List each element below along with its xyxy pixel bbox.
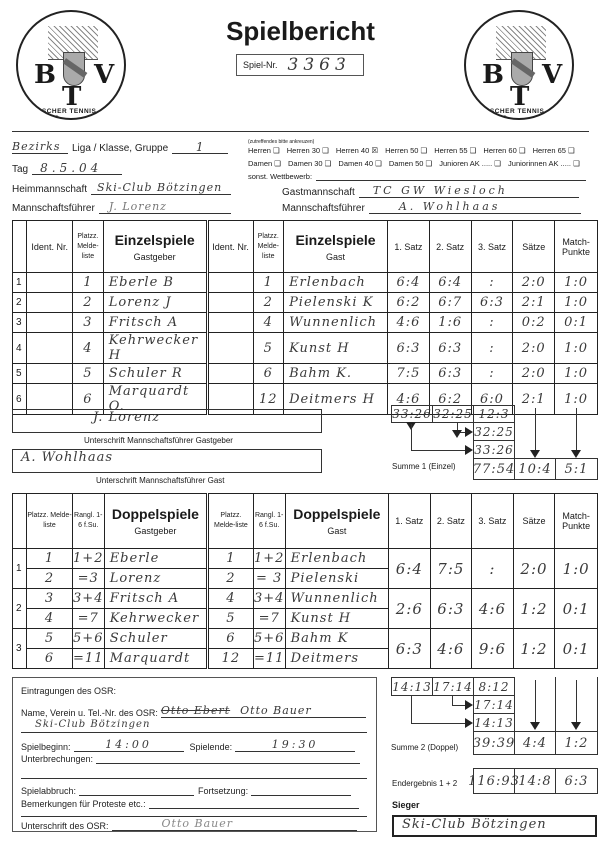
osr-time-row: Spielbeginn: 14:00 Spielende: 19:30: [21, 738, 355, 752]
endergebnis-games[interactable]: 116:93: [473, 768, 515, 794]
arrow-right-icon: [465, 700, 473, 710]
category-checkbox[interactable]: Damen 30 ❑: [288, 159, 331, 168]
fortsetzung-label: Fortsetzung:: [198, 786, 248, 796]
satz3-header: 3. Satz: [471, 221, 513, 273]
guest-player-field[interactable]: Wunnenlich: [284, 313, 388, 333]
home-rang-field[interactable]: 5+6: [72, 629, 104, 649]
spielabbruch-field[interactable]: [79, 786, 194, 796]
osr-name-label: Name, Verein u. Tel.-Nr. des OSR:: [21, 708, 158, 718]
einzel-sum-satz3[interactable]: 12:3: [473, 405, 515, 423]
arrow-down-icon: [576, 408, 577, 452]
osr-abbruch-row: Spielabbruch: Fortsetzung:: [21, 786, 351, 796]
nr-header: [13, 221, 27, 273]
wettbewerb-row: sonst. Wettbewerb:: [248, 171, 586, 181]
divider: [597, 677, 598, 732]
wettbewerb-label: sonst. Wettbewerb:: [248, 172, 312, 181]
matchpunkte-field[interactable]: 0:1: [555, 313, 598, 333]
einzel-row: 33Fritsch A4Wunnenlich4:61:6:0:20:1: [13, 313, 598, 333]
guest-platz-field[interactable]: 4: [208, 589, 254, 609]
category-checkbox[interactable]: Herren ❑: [248, 146, 280, 155]
home-player-field[interactable]: Fritsch A: [104, 589, 207, 609]
saetze-field[interactable]: 2:0: [513, 364, 555, 384]
home-player-field[interactable]: Eberle: [104, 549, 207, 569]
s3-field[interactable]: 9:6: [472, 629, 514, 669]
home-rang-field[interactable]: =11: [72, 649, 104, 669]
saetze-field[interactable]: 0:2: [513, 313, 555, 333]
spiel-nr-value: 3363: [288, 55, 351, 75]
mp-field[interactable]: 1:0: [555, 549, 598, 589]
einzel-row: 22Lorenz J2Pielenski K6:26:76:32:11:0: [13, 293, 598, 313]
satz3-field[interactable]: :: [471, 333, 513, 364]
tag-row: Tag 8.5.04: [12, 161, 122, 175]
guest-player-field[interactable]: Kunst H: [284, 333, 388, 364]
sieger-field[interactable]: Ski-Club Bötzingen: [392, 815, 597, 837]
doppel-sum-satz3[interactable]: 8:12: [473, 677, 515, 696]
category-checkbox[interactable]: Damen 50 ❑: [389, 159, 432, 168]
osr-signature-label: Unterschrift des OSR:: [21, 821, 109, 831]
unterbrechungen-label: Unterbrechungen:: [21, 754, 93, 764]
platz-header-guest: Platzz. Melde-liste: [208, 494, 254, 549]
arrow-down-icon: [535, 408, 536, 452]
osr-name-struck: Otto Ebert: [161, 704, 230, 717]
home-player-field[interactable]: Kehrwecker: [104, 609, 207, 629]
wettbewerb-field[interactable]: [316, 171, 586, 181]
guest-platz-field[interactable]: 5: [253, 333, 284, 364]
guest-subtitle: Gast: [286, 526, 388, 536]
divider: [12, 131, 589, 132]
einzel-row: 11Eberle B1Erlenbach6:46:4:2:01:0: [13, 273, 598, 293]
home-rang-field[interactable]: 3+4: [72, 589, 104, 609]
osr-name-row: Name, Verein u. Tel.-Nr. des OSR: Otto E…: [21, 704, 366, 718]
s2-field[interactable]: 4:6: [430, 629, 472, 669]
ident-header-guest: Ident. Nr.: [207, 221, 253, 273]
guest-player-field[interactable]: Pielenski: [285, 569, 388, 589]
guest-player-field[interactable]: Wunnenlich: [285, 589, 388, 609]
heim-label: Heimmannschaft: [12, 184, 87, 195]
home-platz-field[interactable]: 3: [27, 589, 73, 609]
einzel-table: Ident. Nr. Platzz. Melde-liste Einzelspi…: [12, 220, 598, 415]
osr-title: Eintragungen des OSR:: [21, 686, 116, 696]
arrow-right-icon: [465, 445, 473, 455]
saetze-header: Sätze: [513, 221, 555, 273]
nr-header: [13, 494, 27, 549]
carry-arrow-line: [411, 723, 465, 724]
category-checkbox[interactable]: Herren 50 ❑: [385, 146, 427, 155]
ident-field[interactable]: [27, 293, 73, 313]
row-number: 5: [13, 364, 27, 384]
home-platz-field[interactable]: 3: [73, 313, 104, 333]
s1-field[interactable]: 6:4: [389, 549, 431, 589]
arrow-right-icon: [465, 718, 473, 728]
guest-platz-field[interactable]: 12: [208, 649, 254, 669]
satz3-field[interactable]: :: [471, 364, 513, 384]
doppel-carry-satz2[interactable]: 17:14: [473, 695, 515, 714]
einzel-title: Einzelspiele: [104, 232, 206, 248]
spielbeginn-field[interactable]: 14:00: [74, 738, 184, 752]
rang-header-guest: Rangl. 1-6 f.Su.: [253, 494, 285, 549]
logo-letter-b: B: [34, 60, 56, 90]
satz1-header: 1. Satz: [389, 494, 431, 549]
platz-header: Platzz. Melde-liste: [73, 221, 104, 273]
doppel-home-header: DoppelspieleGastgeber: [104, 494, 207, 549]
carry-arrow-line: [411, 450, 465, 451]
satz3-field[interactable]: :: [471, 273, 513, 293]
ident-field[interactable]: [27, 273, 73, 293]
home-player-field[interactable]: Lorenz J: [103, 293, 207, 313]
home-subtitle: Gastgeber: [104, 252, 206, 262]
doppel-sum-label: Summe 2 (Doppel): [391, 743, 458, 752]
satz1-field[interactable]: 6:3: [388, 333, 430, 364]
home-rang-field[interactable]: 1+2: [72, 549, 104, 569]
guest-player-field[interactable]: Erlenbach: [285, 549, 388, 569]
platz-header-guest: Platzz. Melde-liste: [253, 221, 284, 273]
shield-icon: [63, 52, 85, 86]
guest-rang-field[interactable]: 1+2: [253, 549, 285, 569]
signature-home-field[interactable]: J. Lorenz: [12, 409, 322, 433]
arrow-down-icon: [576, 680, 577, 724]
satz1-field[interactable]: 4:6: [388, 313, 430, 333]
einzel-sum-games[interactable]: 77:54: [473, 458, 515, 480]
mf-gast-field[interactable]: A. Wohlhaas: [369, 200, 581, 214]
home-player-field[interactable]: Eberle B: [103, 273, 207, 293]
row-number: 1: [13, 273, 27, 293]
page-title: Spielbericht: [0, 16, 601, 47]
einzel-sum-satz2[interactable]: 32:25: [432, 405, 474, 423]
gast-field[interactable]: TC GW Wiesloch: [359, 184, 579, 198]
gast-label: Gastmannschaft: [282, 187, 355, 198]
s2-field[interactable]: 7:5: [430, 549, 472, 589]
satz3-field[interactable]: :: [471, 313, 513, 333]
doppel-row: 355+6Schuler65+6Bahm K6:34:69:61:20:1: [13, 629, 598, 649]
mf-heim-row: Mannschaftsführer J. Lorenz: [12, 200, 231, 214]
guest-platz-field[interactable]: 5: [208, 609, 254, 629]
unterbrechungen-field-2[interactable]: [21, 769, 367, 779]
category-checkbox[interactable]: Junioren AK ..... ❑: [439, 159, 501, 168]
s3-field[interactable]: 4:6: [472, 589, 514, 629]
osr-bemerkungen-row: Bemerkungen für Proteste etc.:: [21, 799, 359, 809]
guest-rang-field[interactable]: 5+6: [253, 629, 285, 649]
guest-platz-field[interactable]: 1: [208, 549, 254, 569]
heim-row: Heimmannschaft Ski-Club Bötzingen: [12, 181, 231, 195]
rang-header: Rangl. 1-6 f.Su.: [72, 494, 104, 549]
home-player-field[interactable]: Marquardt: [104, 649, 207, 669]
row-number: 3: [13, 313, 27, 333]
einzel-sum-matchpunkte[interactable]: 5:1: [555, 458, 598, 480]
home-platz-field[interactable]: 1: [73, 273, 104, 293]
mf-heim-field[interactable]: J. Lorenz: [99, 200, 231, 214]
saetze-field[interactable]: 2:1: [513, 293, 555, 313]
osr-name-value: Otto Bauer: [240, 704, 311, 717]
guest-player-field[interactable]: Pielenski K: [284, 293, 388, 313]
saetze-field[interactable]: 2:1: [513, 384, 555, 415]
category-checkbox[interactable]: Herren 55 ❑: [434, 146, 476, 155]
unterbrechungen-field[interactable]: [96, 754, 360, 764]
ident-field[interactable]: [27, 364, 73, 384]
einzel-sum-saetze[interactable]: 10:4: [514, 458, 556, 480]
mf-gast-row: Mannschaftsführer A. Wohlhaas: [282, 200, 581, 214]
guest-platz-field[interactable]: 6: [208, 629, 254, 649]
arrow-right-icon: [465, 427, 473, 437]
guest-rang-field[interactable]: =7: [253, 609, 285, 629]
category-checkbox[interactable]: Herren 60 ❑: [483, 146, 525, 155]
doppel-sum-saetze[interactable]: 4:4: [514, 731, 556, 755]
platz-header: Platzz. Melde-liste: [27, 494, 73, 549]
sieger-label: Sieger: [392, 800, 420, 810]
gast-row: Gastmannschaft TC GW Wiesloch: [282, 184, 579, 198]
fortsetzung-field[interactable]: [251, 786, 351, 796]
guest-rang-field[interactable]: 3+4: [253, 589, 285, 609]
osr-signature-field[interactable]: Otto Bauer: [112, 817, 357, 831]
endergebnis-label: Endergebnis 1 + 2: [392, 779, 457, 788]
mf-heim-label: Mannschaftsführer: [12, 203, 95, 214]
carry-arrow-line: [411, 696, 412, 723]
endergebnis-saetze[interactable]: 14:8: [514, 768, 556, 794]
einzel-guest-header: EinzelspieleGast: [284, 221, 388, 273]
satz1-header: 1. Satz: [388, 221, 430, 273]
home-platz-field[interactable]: 4: [73, 333, 104, 364]
bemerkungen-field-2[interactable]: [21, 809, 367, 817]
endergebnis-matchpunkte[interactable]: 6:3: [555, 768, 598, 794]
satz2-header: 2. Satz: [429, 221, 471, 273]
home-player-field[interactable]: Schuler R: [103, 364, 207, 384]
ident-field-guest[interactable]: [207, 313, 253, 333]
matchpunkte-field[interactable]: 1:0: [555, 293, 598, 313]
logo-ring-text: BADISCHER TENNIS VERBAND: [24, 108, 124, 120]
satz2-field[interactable]: 6:4: [429, 273, 471, 293]
home-platz-field[interactable]: 5: [27, 629, 73, 649]
einzel-home-header: EinzelspieleGastgeber: [103, 221, 207, 273]
einzel-row: 44Kehrwecker H5Kunst H6:36:3:2:01:0: [13, 333, 598, 364]
carry-arrow-line: [452, 696, 453, 705]
home-player-field[interactable]: Schuler: [104, 629, 207, 649]
ident-field-guest[interactable]: [207, 333, 253, 364]
categories-row1: Herren ❑Herren 30 ❑Herren 40 ☒Herren 50 …: [248, 146, 575, 155]
heim-field[interactable]: Ski-Club Bötzingen: [91, 181, 231, 195]
ident-field-guest[interactable]: [207, 293, 253, 313]
home-platz-field[interactable]: 1: [27, 549, 73, 569]
matchpunkte-header: Match-Punkte: [555, 494, 598, 549]
guest-player-field[interactable]: Erlenbach: [284, 273, 388, 293]
ident-header: Ident. Nr.: [27, 221, 73, 273]
carry-arrow-line: [452, 705, 465, 706]
doppel-sum-matchpunkte[interactable]: 1:2: [555, 731, 598, 755]
guest-subtitle: Gast: [284, 252, 387, 262]
guest-platz-field[interactable]: 2: [208, 569, 254, 589]
matchpunkte-field[interactable]: 1:0: [555, 273, 598, 293]
liga-field[interactable]: Bezirks: [12, 140, 68, 154]
guest-platz-field[interactable]: 4: [253, 313, 284, 333]
home-platz-field[interactable]: 2: [73, 293, 104, 313]
signature-home-label: Unterschrift Mannschaftsführer Gastgeber: [84, 436, 233, 445]
doppel-sum-satz2[interactable]: 17:14: [432, 677, 474, 696]
logo-letter-v: V: [542, 60, 562, 90]
osr-signature-row: Unterschrift des OSR: Otto Bauer: [21, 817, 357, 831]
guest-player-field[interactable]: Deitmers: [285, 649, 388, 669]
einzel-sum-label: Summe 1 (Einzel): [392, 462, 456, 471]
category-checkbox[interactable]: Damen 40 ❑: [338, 159, 381, 168]
arrow-down-icon: [535, 680, 536, 724]
mp-field[interactable]: 0:1: [555, 629, 598, 669]
guest-player-field[interactable]: Kunst H: [285, 609, 388, 629]
matchpunkte-header: Match-Punkte: [555, 221, 598, 273]
home-rang-field[interactable]: =7: [72, 609, 104, 629]
saetze-field[interactable]: 2:0: [513, 549, 555, 589]
bemerkungen-label: Bemerkungen für Proteste etc.:: [21, 799, 146, 809]
s3-field[interactable]: :: [472, 549, 514, 589]
saetze-header: Sätze: [513, 494, 555, 549]
spiel-nr-box[interactable]: Spiel-Nr. 3363: [236, 54, 364, 76]
home-rang-field[interactable]: =3: [72, 569, 104, 589]
satz1-field[interactable]: 6:4: [388, 273, 430, 293]
signature-guest-field[interactable]: A. Wohlhaas: [12, 449, 322, 473]
liga-row: Bezirks Liga / Klasse, Gruppe 1: [12, 140, 228, 154]
saetze-field[interactable]: 2:0: [513, 273, 555, 293]
guest-player-field[interactable]: Bahm K: [285, 629, 388, 649]
ident-field[interactable]: [27, 313, 73, 333]
shield-icon: [511, 52, 533, 86]
category-checkbox[interactable]: Juniorinnen AK ..... ❑: [508, 159, 580, 168]
row-number: 3: [13, 629, 27, 669]
osr-name-field[interactable]: Otto Ebert Otto Bauer: [161, 704, 366, 718]
s2-field[interactable]: 6:3: [430, 589, 472, 629]
satz1-field[interactable]: 7:5: [388, 364, 430, 384]
satz1-field[interactable]: 6:2: [388, 293, 430, 313]
hint-text: (zutreffendes bitte ankreuzen): [248, 139, 314, 145]
spielbeginn-label: Spielbeginn:: [21, 742, 71, 752]
home-subtitle: Gastgeber: [105, 526, 206, 536]
mf-gast-label: Mannschaftsführer: [282, 203, 365, 214]
guest-rang-field[interactable]: = 3: [253, 569, 285, 589]
category-checkbox[interactable]: Herren 65 ❑: [533, 146, 575, 155]
tag-field[interactable]: 8.5.04: [32, 161, 122, 175]
doppel-sum-games[interactable]: 39:39: [473, 731, 515, 755]
einzel-carry-satz1[interactable]: 33:26: [473, 440, 515, 459]
guest-platz-field[interactable]: 1: [253, 273, 284, 293]
osr-section: Eintragungen des OSR: Name, Verein u. Te…: [12, 677, 377, 832]
satz2-field[interactable]: 1:6: [429, 313, 471, 333]
doppel-sum-satz1[interactable]: 14:13: [391, 677, 433, 696]
home-player-field[interactable]: Fritsch A: [103, 313, 207, 333]
satz3-field[interactable]: 6:3: [471, 293, 513, 313]
carry-arrow-line: [411, 424, 412, 450]
category-checkbox[interactable]: Herren 40 ☒: [336, 146, 378, 155]
home-platz-field[interactable]: 5: [73, 364, 104, 384]
home-player-field[interactable]: Lorenz: [104, 569, 207, 589]
doppel-table: Platzz. Melde-liste Rangl. 1-6 f.Su. Dop…: [12, 493, 598, 669]
category-checkbox[interactable]: Damen ❑: [248, 159, 281, 168]
guest-rang-field[interactable]: =11: [253, 649, 285, 669]
row-number: 2: [13, 589, 27, 629]
spielabbruch-label: Spielabbruch:: [21, 786, 76, 796]
doppel-carry-satz1[interactable]: 14:13: [473, 713, 515, 732]
saetze-field[interactable]: 1:2: [513, 589, 555, 629]
logo-letter-v: V: [94, 60, 114, 90]
ident-field-guest[interactable]: [207, 364, 253, 384]
einzel-sum-satz1[interactable]: 33:26: [391, 405, 433, 423]
row-number: 1: [13, 549, 27, 589]
home-player-field[interactable]: Kehrwecker H: [103, 333, 207, 364]
spielende-label: Spielende:: [190, 742, 233, 752]
tag-label: Tag: [12, 164, 28, 175]
divider: [514, 677, 515, 732]
matchpunkte-field[interactable]: 1:0: [555, 333, 598, 364]
logo-letter-b: B: [482, 60, 504, 90]
saetze-field[interactable]: 1:2: [513, 629, 555, 669]
satz2-field[interactable]: 6:7: [429, 293, 471, 313]
gruppe-field[interactable]: 1: [172, 140, 228, 154]
logo-ring-text: BADISCHER TENNIS VERBAND: [472, 108, 572, 120]
doppel-title-guest: Doppelspiele: [286, 506, 388, 522]
ident-field-guest[interactable]: [207, 273, 253, 293]
doppel-title: Doppelspiele: [105, 506, 206, 522]
einzel-carry-satz2[interactable]: 32:25: [473, 422, 515, 441]
carry-arrow-icon: [457, 423, 458, 432]
osr-unterbrechungen-row: Unterbrechungen:: [21, 754, 360, 764]
mp-field[interactable]: 0:1: [555, 589, 598, 629]
signature-guest-label: Unterschrift Mannschaftsführer Gast: [96, 476, 225, 485]
satz2-field[interactable]: 6:3: [429, 364, 471, 384]
ident-field[interactable]: [27, 333, 73, 364]
divider: [555, 677, 556, 732]
category-checkbox[interactable]: Herren 30 ❑: [287, 146, 329, 155]
saetze-field[interactable]: 2:0: [513, 333, 555, 364]
satz3-header: 3. Satz: [472, 494, 514, 549]
einzel-title-guest: Einzelspiele: [284, 232, 387, 248]
satz2-field[interactable]: 6:3: [429, 333, 471, 364]
matchpunkte-field[interactable]: 1:0: [555, 364, 598, 384]
guest-platz-field[interactable]: 6: [253, 364, 284, 384]
liga-label: Liga / Klasse, Gruppe: [72, 143, 168, 154]
row-number: 2: [13, 293, 27, 313]
s1-field[interactable]: 2:6: [389, 589, 431, 629]
doppel-row: 111+2Eberle11+2Erlenbach6:47:5:2:01:0: [13, 549, 598, 569]
osr-verein-field[interactable]: Ski-Club Bötzingen: [21, 719, 367, 733]
home-platz-field[interactable]: 2: [27, 569, 73, 589]
guest-player-field[interactable]: Bahm K.: [284, 364, 388, 384]
spiel-nr-label: Spiel-Nr.: [243, 60, 278, 70]
satz2-header: 2. Satz: [430, 494, 472, 549]
spielende-field[interactable]: 19:30: [235, 738, 355, 752]
categories-row2: Damen ❑Damen 30 ❑Damen 40 ❑Damen 50 ❑Jun…: [248, 159, 580, 168]
home-platz-field[interactable]: 4: [27, 609, 73, 629]
s1-field[interactable]: 6:3: [389, 629, 431, 669]
guest-platz-field[interactable]: 2: [253, 293, 284, 313]
bemerkungen-field[interactable]: [149, 799, 359, 809]
einzel-row: 55Schuler R6Bahm K.7:56:3:2:01:0: [13, 364, 598, 384]
doppel-guest-header: DoppelspieleGast: [285, 494, 388, 549]
home-platz-field[interactable]: 6: [27, 649, 73, 669]
doppel-row: 233+4Fritsch A43+4Wunnenlich2:66:34:61:2…: [13, 589, 598, 609]
row-number: 4: [13, 333, 27, 364]
